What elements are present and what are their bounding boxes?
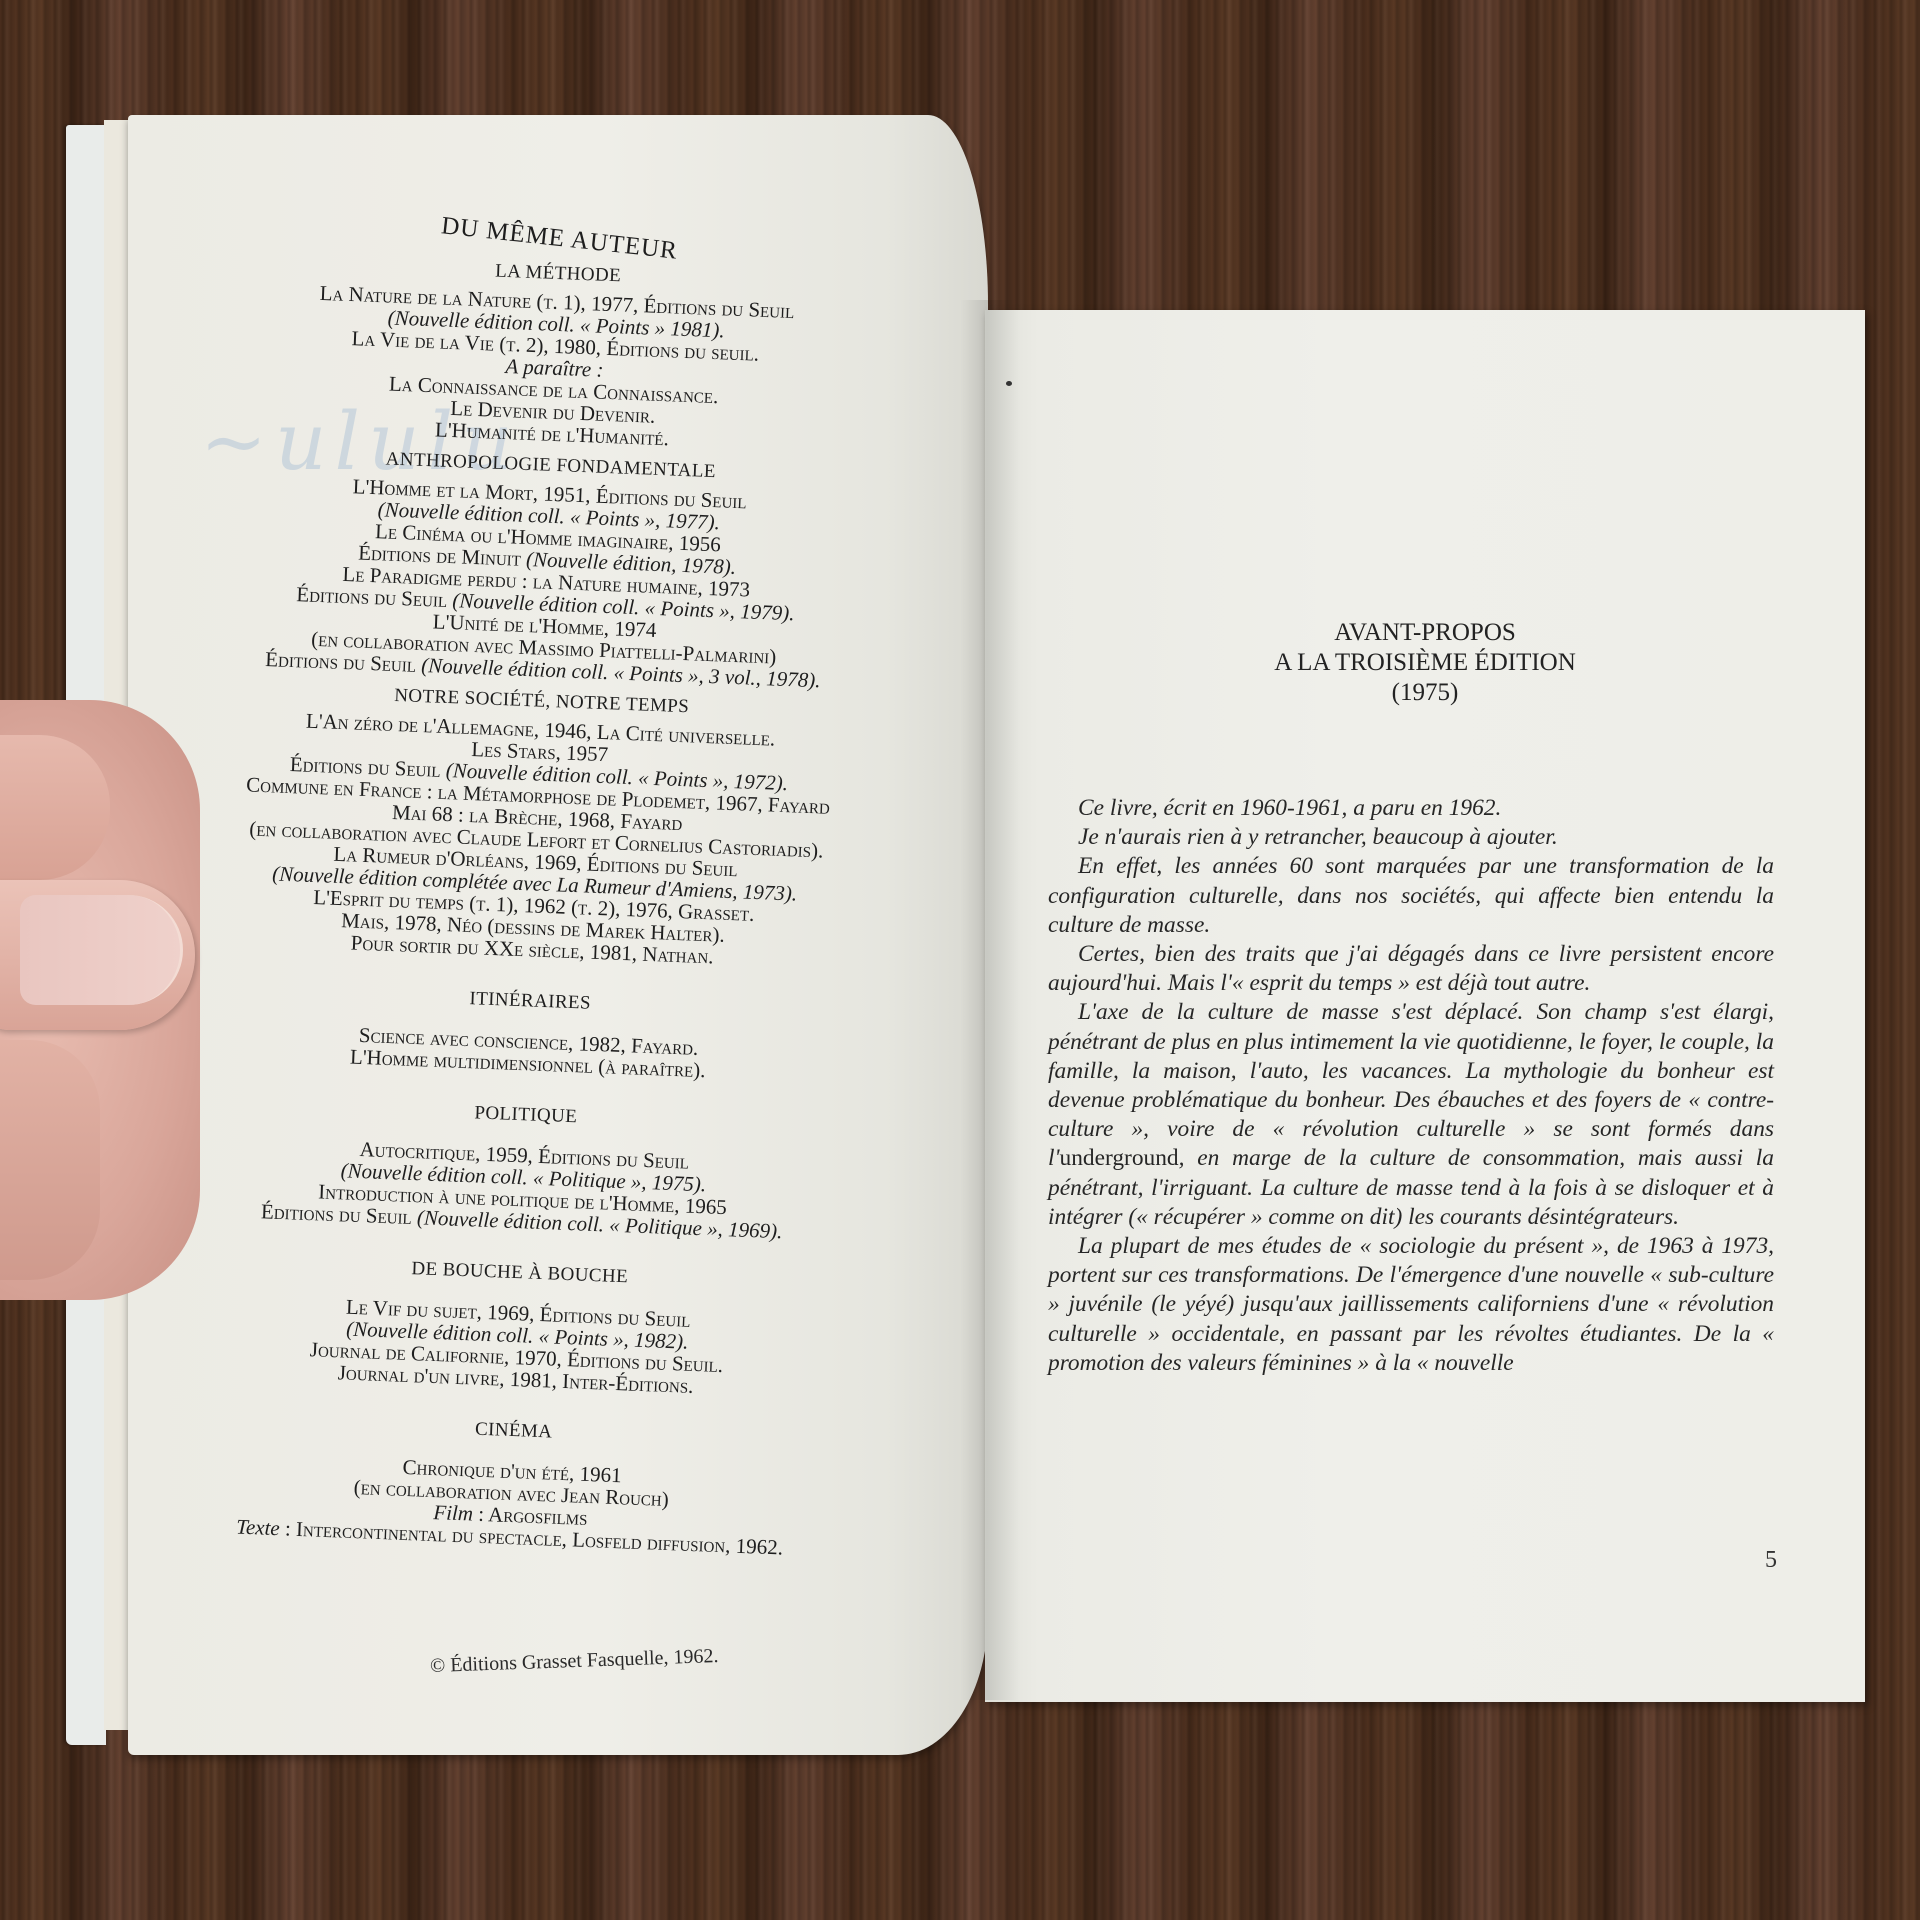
thumbnail-nail [20, 895, 183, 1005]
paragraph: Certes, bien des traits que j'ai dégagés… [1048, 940, 1774, 998]
bibliography-list: DU MÊME AUTEUR LA MÉTHODELa Nature de la… [99, 209, 969, 1564]
bibliography-sections: LA MÉTHODELa Nature de la Nature (t. 1),… [99, 247, 968, 1564]
paragraph: Ce livre, écrit en 1960-1961, a paru en … [1048, 794, 1774, 823]
heading-line: AVANT-PROPOS [985, 618, 1865, 648]
page-number: 5 [1765, 1547, 1777, 1574]
heading-line: A LA TROISIÈME ÉDITION [985, 648, 1865, 678]
paragraph: L'axe de la culture de masse s'est dépla… [1048, 998, 1774, 1232]
chapter-heading: AVANT-PROPOS A LA TROISIÈME ÉDITION (197… [985, 618, 1865, 708]
ink-speck [1006, 381, 1012, 386]
book-gutter [960, 300, 1020, 1700]
heading-line: (1975) [985, 678, 1865, 708]
paragraph: La plupart de mes études de « sociologie… [1048, 1232, 1774, 1378]
paragraph: Je n'aurais rien à y retrancher, beaucou… [1048, 823, 1774, 852]
paragraph: En effet, les années 60 sont marquées pa… [1048, 852, 1774, 940]
finger [0, 1040, 100, 1280]
foreword-body: Ce livre, écrit en 1960-1961, a paru en … [1048, 794, 1774, 1378]
